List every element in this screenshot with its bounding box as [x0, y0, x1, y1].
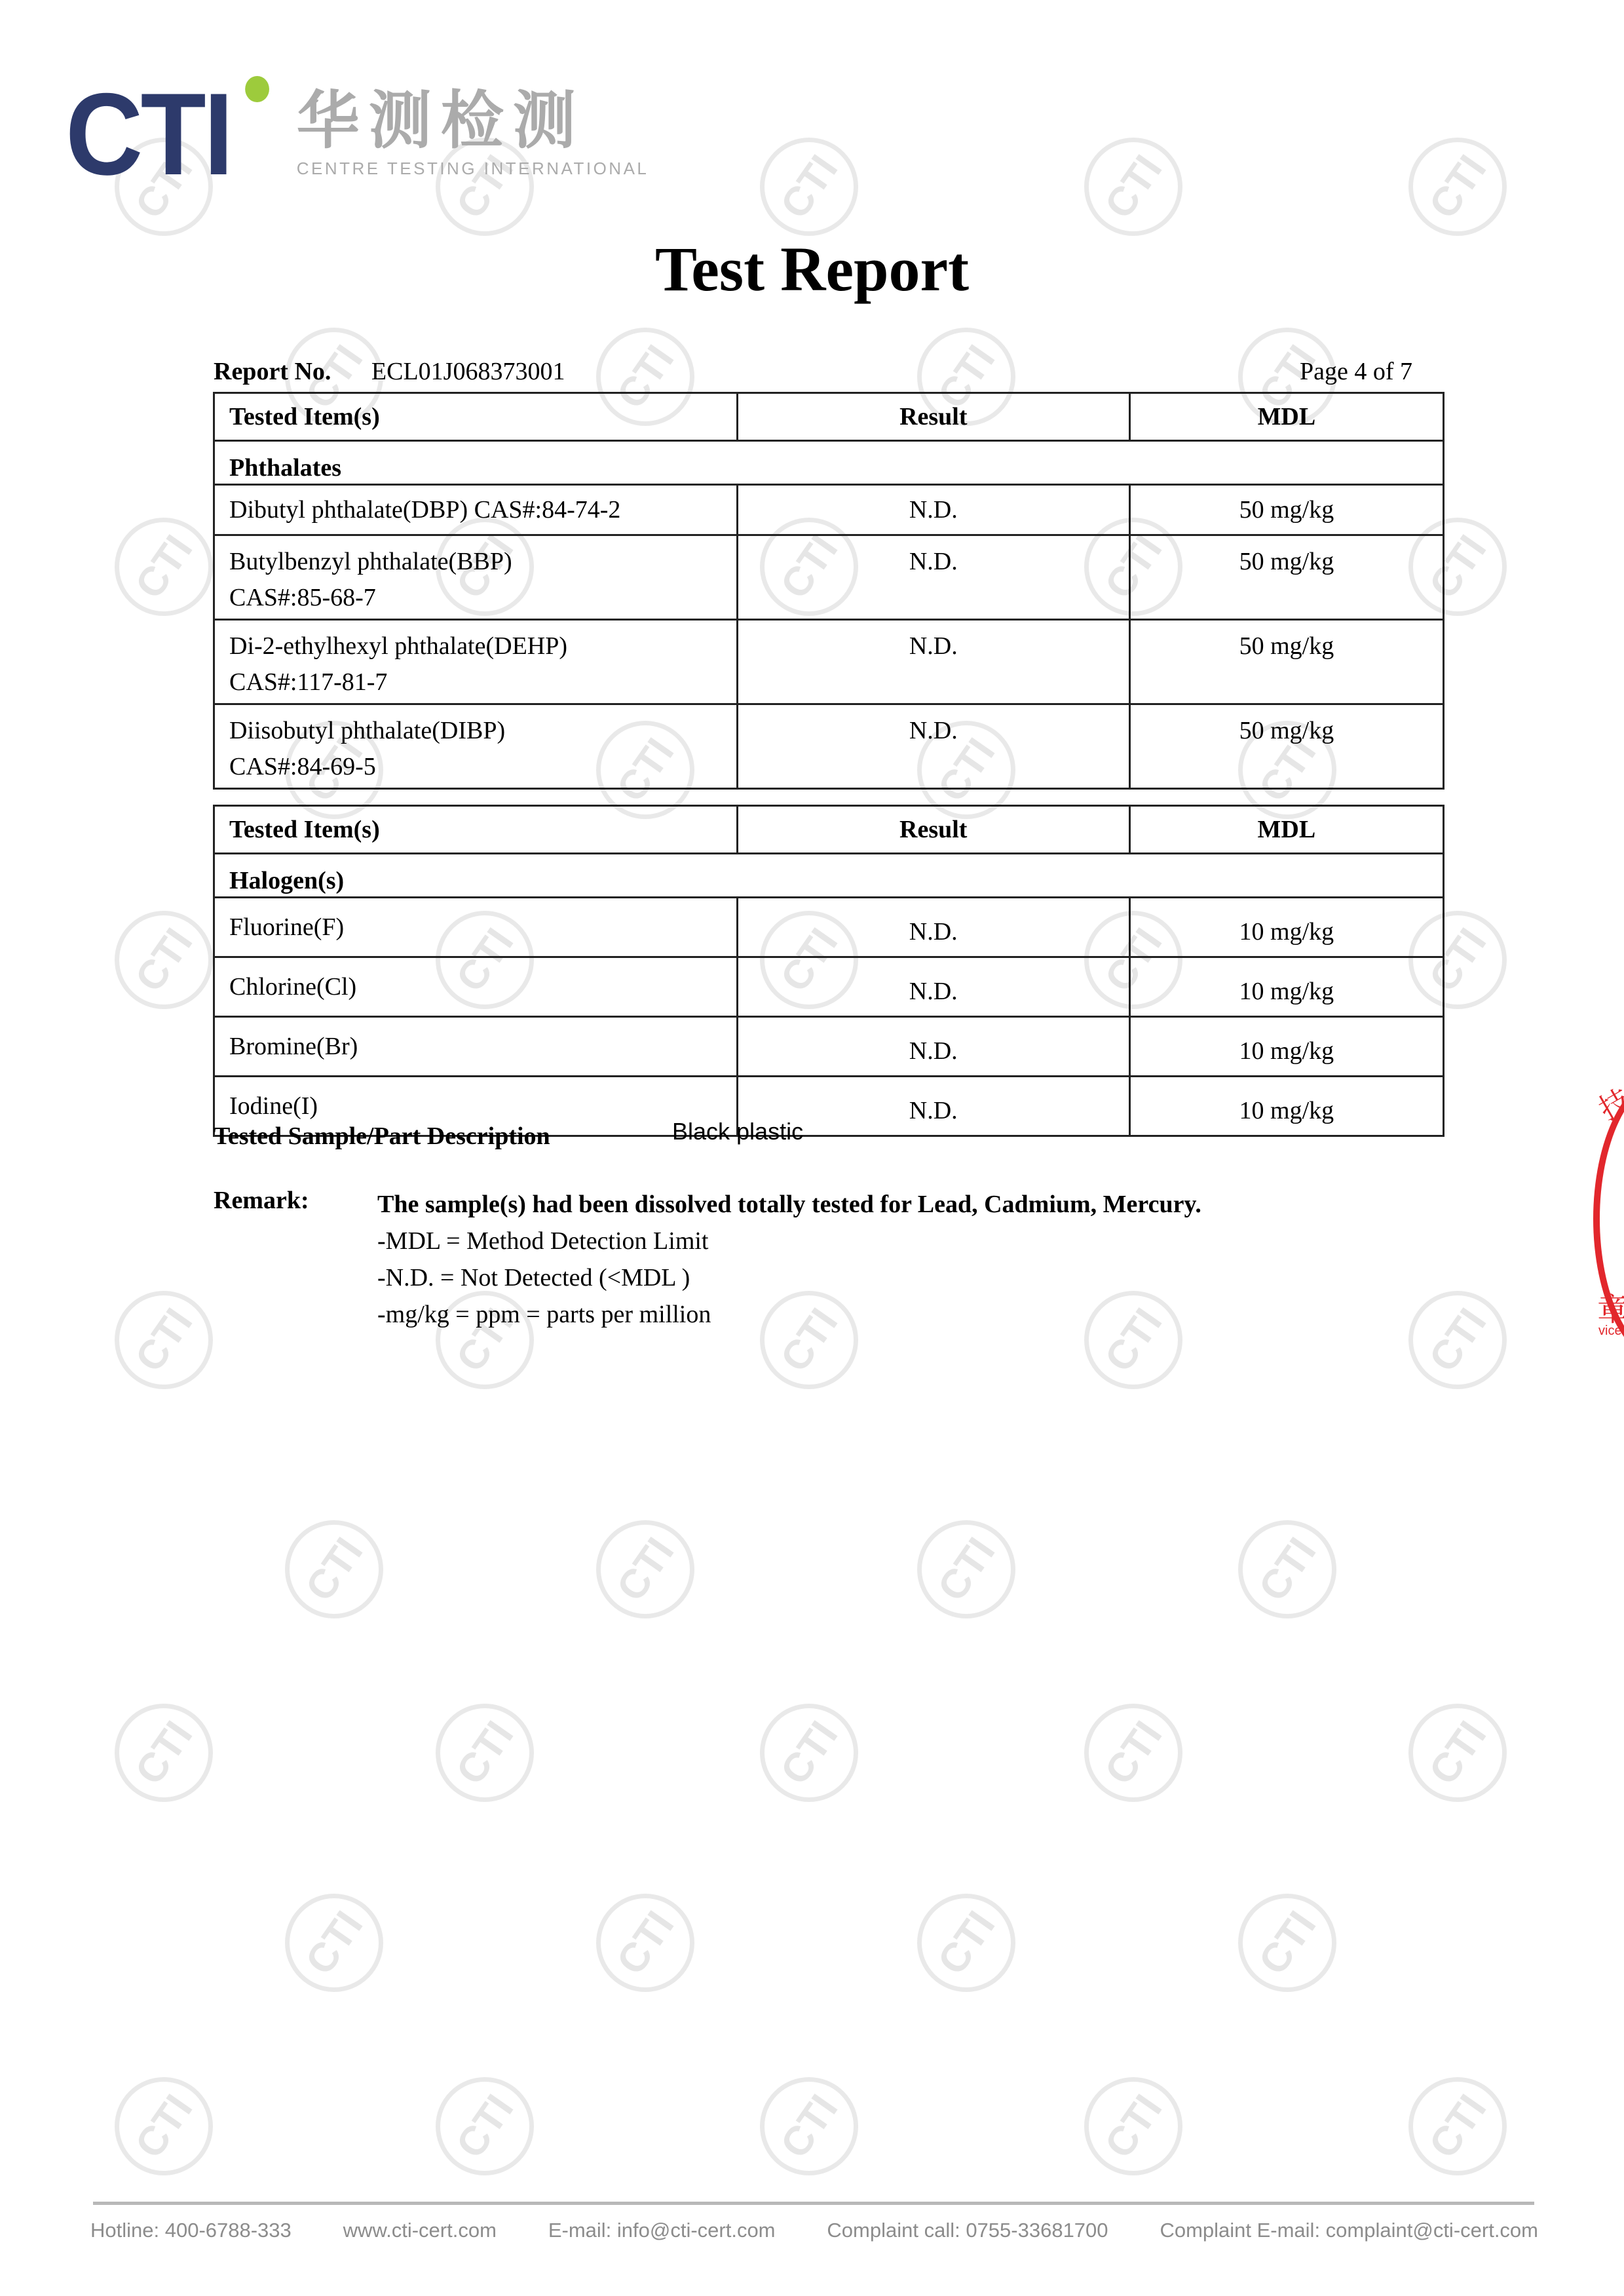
header-tested-items: Tested Item(s)	[214, 806, 738, 854]
footer-complaint-call: Complaint call: 0755-33681700	[827, 2219, 1108, 2242]
watermark-cti-icon	[1084, 138, 1182, 236]
watermark-cti-icon	[917, 1520, 1015, 1618]
watermark-cti-icon	[436, 2077, 534, 2175]
sample-description: Tested Sample/Part Description Black pla…	[214, 1122, 550, 1151]
sample-description-value: Black plastic	[672, 1118, 803, 1145]
table-row: Di-2-ethylhexyl phthalate(DEHP) CAS#:117…	[214, 620, 1444, 704]
watermark-cti-icon	[1408, 138, 1507, 236]
logo-brand-text: CTI	[66, 69, 231, 199]
table-header-row: Tested Item(s) Result MDL	[214, 393, 1444, 441]
watermark-cti-icon	[917, 1894, 1015, 1992]
category-halogens: Halogen(s)	[214, 854, 1444, 898]
footer-hotline: Hotline: 400-6788-333	[90, 2219, 292, 2242]
remark-line: The sample(s) had been dissolved totally…	[377, 1186, 1201, 1223]
watermark-cti-icon	[115, 2077, 213, 2175]
tested-item: Diisobutyl phthalate(DIBP) CAS#:84-69-5	[214, 704, 738, 789]
watermark-cti-icon	[1084, 1704, 1182, 1802]
result-value: N.D.	[737, 535, 1129, 620]
mdl-value: 10 mg/kg	[1129, 957, 1443, 1017]
watermark-cti-icon	[115, 518, 213, 616]
table-row: Bromine(Br) N.D. 10 mg/kg	[214, 1017, 1444, 1077]
result-value: N.D.	[737, 485, 1129, 535]
tested-item: Chlorine(Cl)	[214, 957, 738, 1017]
item-name: Diisobutyl phthalate(DIBP)	[229, 713, 722, 749]
remark-line: -N.D. = Not Detected (<MDL )	[377, 1259, 1201, 1296]
category-row: Halogen(s)	[214, 854, 1444, 898]
table-row: Fluorine(F) N.D. 10 mg/kg	[214, 898, 1444, 957]
watermark-cti-icon	[1238, 1894, 1336, 1992]
stamp-char: 技	[1590, 1077, 1624, 1129]
phthalates-results-table: Tested Item(s) Result MDL Phthalates Dib…	[213, 392, 1445, 790]
tested-item: Di-2-ethylhexyl phthalate(DEHP) CAS#:117…	[214, 620, 738, 704]
item-name: Butylbenzyl phthalate(BBP)	[229, 544, 722, 580]
watermark-cti-icon	[115, 1291, 213, 1389]
watermark-cti-icon	[596, 1894, 694, 1992]
page-indicator: Page 4 of 7	[1300, 357, 1412, 386]
footer: Hotline: 400-6788-333 www.cti-cert.com E…	[90, 2219, 1538, 2242]
remark-line: -MDL = Method Detection Limit	[377, 1223, 1201, 1259]
table-row: Diisobutyl phthalate(DIBP) CAS#:84-69-5 …	[214, 704, 1444, 789]
logo-chinese-name: 华测检测	[297, 89, 649, 152]
stamp-char: 章	[1597, 1284, 1624, 1330]
result-value: N.D.	[737, 704, 1129, 789]
watermark-cti-icon	[115, 1704, 213, 1802]
halogens-results-table: Tested Item(s) Result MDL Halogen(s) Flu…	[213, 805, 1445, 1137]
mdl-value: 50 mg/kg	[1129, 535, 1443, 620]
table-row: Dibutyl phthalate(DBP) CAS#:84-74-2 N.D.…	[214, 485, 1444, 535]
watermark-cti-icon	[1408, 1291, 1507, 1389]
watermark-cti-icon	[1408, 2077, 1507, 2175]
result-value: N.D.	[737, 1017, 1129, 1077]
logo-dot-icon	[245, 76, 269, 102]
stamp-text: vices	[1598, 1324, 1624, 1339]
remark-label: Remark:	[214, 1186, 309, 1215]
report-number: ECL01J068373001	[371, 358, 565, 385]
item-cas: CAS#:84-69-5	[229, 749, 722, 785]
watermark-cti-icon	[115, 911, 213, 1009]
result-value: N.D.	[737, 957, 1129, 1017]
header-result: Result	[737, 393, 1129, 441]
watermark-cti-icon	[1084, 2077, 1182, 2175]
footer-divider	[93, 2202, 1534, 2205]
watermark-cti-icon	[596, 1520, 694, 1618]
mdl-value: 50 mg/kg	[1129, 620, 1443, 704]
item-cas: CAS#:117-81-7	[229, 664, 722, 700]
sample-description-label: Tested Sample/Part Description	[214, 1122, 550, 1150]
company-logo: CTI 华测检测 CENTRE TESTING INTERNATIONAL	[66, 56, 649, 193]
mdl-value: 10 mg/kg	[1129, 1017, 1443, 1077]
result-value: N.D.	[737, 898, 1129, 957]
tested-item: Fluorine(F)	[214, 898, 738, 957]
report-number-label: Report No.	[214, 358, 331, 385]
watermark-cti-icon	[436, 1704, 534, 1802]
logo-cti-mark: CTI	[66, 76, 231, 193]
remark-line: -mg/kg = ppm = parts per million	[377, 1296, 1201, 1333]
tested-item: Butylbenzyl phthalate(BBP) CAS#:85-68-7	[214, 535, 738, 620]
table-row: Butylbenzyl phthalate(BBP) CAS#:85-68-7 …	[214, 535, 1444, 620]
mdl-value: 50 mg/kg	[1129, 485, 1443, 535]
header-mdl: MDL	[1129, 393, 1443, 441]
watermark-cti-icon	[285, 1894, 383, 1992]
footer-website[interactable]: www.cti-cert.com	[343, 2219, 497, 2242]
table-header-row: Tested Item(s) Result MDL	[214, 806, 1444, 854]
footer-email[interactable]: E-mail: info@cti-cert.com	[548, 2219, 776, 2242]
footer-complaint-email[interactable]: Complaint E-mail: complaint@cti-cert.com	[1160, 2219, 1538, 2242]
tested-item: Dibutyl phthalate(DBP) CAS#:84-74-2	[214, 485, 738, 535]
watermark-cti-icon	[760, 2077, 858, 2175]
mdl-value: 10 mg/kg	[1129, 898, 1443, 957]
mdl-value: 50 mg/kg	[1129, 704, 1443, 789]
mdl-value: 10 mg/kg	[1129, 1077, 1443, 1136]
watermark-cti-icon	[760, 138, 858, 236]
category-phthalates: Phthalates	[214, 441, 1444, 485]
table-row: Chlorine(Cl) N.D. 10 mg/kg	[214, 957, 1444, 1017]
watermark-cti-icon	[1408, 1704, 1507, 1802]
logo-english-name: CENTRE TESTING INTERNATIONAL	[297, 159, 649, 179]
item-cas: CAS#:85-68-7	[229, 580, 722, 616]
tested-item: Bromine(Br)	[214, 1017, 738, 1077]
item-name: Di-2-ethylhexyl phthalate(DEHP)	[229, 628, 722, 664]
category-row: Phthalates	[214, 441, 1444, 485]
watermark-cti-icon	[1238, 1520, 1336, 1618]
watermark-cti-icon	[285, 1520, 383, 1618]
watermark-cti-icon	[760, 1704, 858, 1802]
report-header: Report No. ECL01J068373001 Page 4 of 7	[214, 357, 1412, 386]
document-title: Test Report	[0, 233, 1624, 305]
header-mdl: MDL	[1129, 806, 1443, 854]
result-value: N.D.	[737, 620, 1129, 704]
header-result: Result	[737, 806, 1129, 854]
header-tested-items: Tested Item(s)	[214, 393, 738, 441]
